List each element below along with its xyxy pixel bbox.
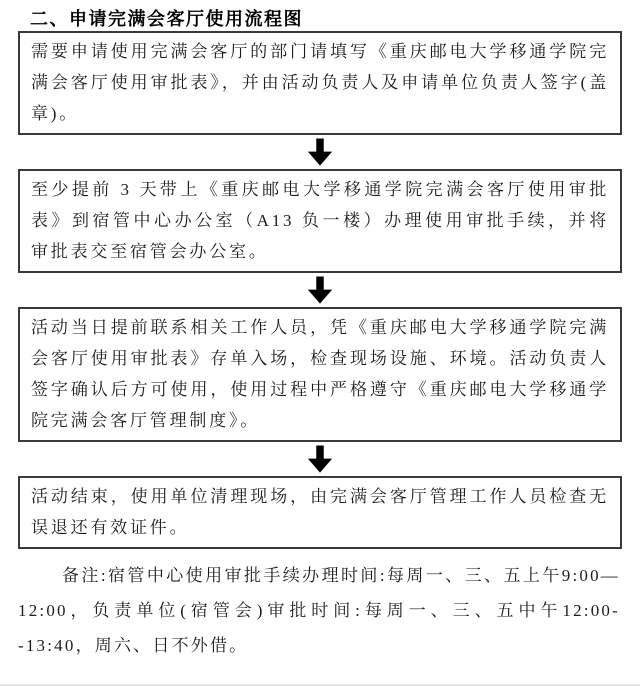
flow-step-3: 活动当日提前联系相关工作人员，凭《重庆邮电大学移通学院完满会客厅使用审批表》存单… bbox=[18, 307, 622, 442]
flow-connector-3 bbox=[306, 442, 334, 476]
page-title: 二、申请完满会客厅使用流程图 bbox=[0, 0, 640, 31]
flow-connector-2 bbox=[306, 273, 334, 307]
flow-step-4: 活动结束，使用单位清理现场，由完满会客厅管理工作人员检查无误退还有效证件。 bbox=[18, 476, 622, 549]
flowchart: 需要申请使用完满会客厅的部门请填写《重庆邮电大学移通学院完满会客厅使用审批表》，… bbox=[0, 31, 640, 549]
flow-step-2: 至少提前 3 天带上《重庆邮电大学移通学院完满会客厅使用审批表》到宿管中心办公室… bbox=[18, 169, 622, 273]
down-arrow-icon bbox=[306, 276, 334, 305]
note-paragraph: 备注:宿管中心使用审批手续办理时间:每周一、三、五上午9:00—12:00，负责… bbox=[0, 549, 640, 663]
flow-step-1: 需要申请使用完满会客厅的部门请填写《重庆邮电大学移通学院完满会客厅使用审批表》，… bbox=[18, 31, 622, 135]
down-arrow-icon bbox=[306, 445, 334, 474]
down-arrow-icon bbox=[306, 138, 334, 167]
flow-connector-1 bbox=[306, 135, 334, 169]
